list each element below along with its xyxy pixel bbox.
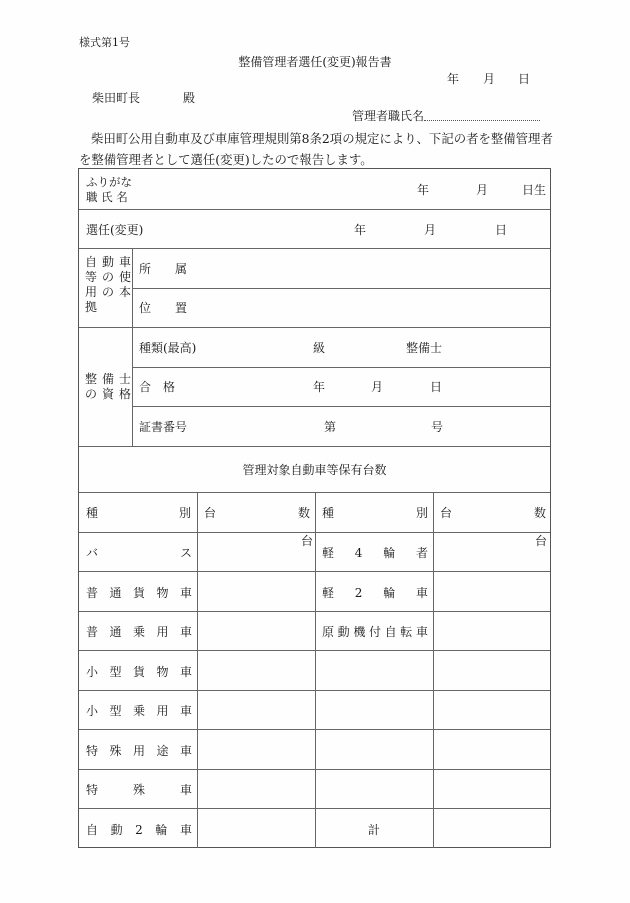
- vehicle-type-left: 小型貨物車: [86, 666, 192, 678]
- vehicle-count-right-input[interactable]: [435, 732, 547, 767]
- addressee: 柴田町長: [92, 92, 140, 104]
- vehicle-count-right-input[interactable]: [435, 613, 547, 648]
- document-title: 整備管理者選任(変更)報告書: [0, 56, 630, 68]
- name-label: 職 氏 名: [86, 192, 128, 204]
- vehicle-base-label: 自動車 等の使 用の本 拠: [85, 255, 136, 315]
- name-input[interactable]: [149, 171, 399, 207]
- location-input[interactable]: [209, 291, 544, 325]
- date-month-label: 月: [483, 73, 495, 85]
- vehicle-count-left-input[interactable]: [199, 771, 313, 806]
- vehicle-count-left-input[interactable]: [199, 692, 313, 727]
- vehicle-count-right-input[interactable]: [435, 692, 547, 727]
- vehicle-type-left: バス: [86, 547, 192, 559]
- total-count-input[interactable]: [435, 811, 547, 845]
- unit-label: 台: [301, 535, 313, 547]
- vehicle-type-right: 軽2輪車: [322, 587, 428, 599]
- appointment-label: 選任(変更): [86, 224, 143, 236]
- vehicle-count-right-input[interactable]: [435, 574, 547, 609]
- passed-year-label: 年: [313, 381, 325, 393]
- header-count-right: 台数: [440, 507, 546, 519]
- vehicle-type-right: 軽4輪者: [322, 547, 428, 559]
- furigana-label: ふりがな: [86, 177, 132, 189]
- mechanic-label: 整備士: [406, 342, 442, 354]
- certificate-prefix-label: 第: [324, 421, 336, 433]
- birth-day-label: 日生: [522, 184, 546, 196]
- total-label: 計: [315, 824, 433, 836]
- birth-year-label: 年: [417, 184, 429, 196]
- header-count-left: 台数: [204, 507, 310, 519]
- vehicle-type-left: 自動2輪車: [86, 824, 192, 836]
- affiliation-input[interactable]: [209, 251, 544, 285]
- vehicle-count-left-input[interactable]: [199, 653, 313, 688]
- vehicle-count-left-input[interactable]: [199, 732, 313, 767]
- passed-month-label: 月: [371, 381, 383, 393]
- location-label: 位 置: [139, 302, 187, 314]
- appointment-day-label: 日: [495, 224, 507, 236]
- signer-label: 管理者職氏名: [352, 110, 424, 122]
- vehicle-count-left-input[interactable]: [199, 613, 313, 648]
- appointment-year-label: 年: [354, 224, 366, 236]
- signer-name-field[interactable]: [424, 120, 540, 121]
- grade-label: 級: [313, 342, 325, 354]
- qualification-type-label: 種類(最高): [139, 342, 196, 354]
- certificate-number-label: 証書番号: [139, 421, 187, 433]
- form-number: 様式第1号: [79, 37, 130, 48]
- vehicle-type-right: 原動機付自転車: [322, 626, 428, 638]
- header-type-left: 種別: [86, 507, 191, 519]
- passed-label: 合 格: [139, 381, 175, 393]
- date-day-label: 日: [518, 73, 530, 85]
- vehicle-type-left: 普通貨物車: [86, 587, 192, 599]
- honorific: 殿: [183, 92, 195, 104]
- date-year-label: 年: [447, 73, 459, 85]
- unit-label: 台: [535, 535, 547, 547]
- appointment-month-label: 月: [424, 224, 436, 236]
- vehicle-type-left: 特殊用途車: [86, 745, 192, 757]
- vehicle-type-left: 普通乗用車: [86, 626, 192, 638]
- report-form-table: ふりがな 職 氏 名 年 月 日生 選任(変更) 年 月 日 自動車 等の使 用…: [78, 168, 551, 848]
- vehicle-type-left: 特殊車: [86, 784, 192, 796]
- vehicle-type-left: 小型乗用車: [86, 705, 192, 717]
- vehicle-count-left-input[interactable]: [199, 534, 313, 569]
- body-text: 柴田町公用自動車及び車庫管理規則第8条2項の規定により、下記の者を整備管理者を整…: [79, 128, 554, 170]
- vehicle-count-title: 管理対象自動車等保有台数: [79, 464, 550, 476]
- vehicle-count-right-input[interactable]: [435, 534, 547, 569]
- vehicle-count-left-input[interactable]: [199, 574, 313, 609]
- vehicle-count-right-input[interactable]: [435, 771, 547, 806]
- passed-day-label: 日: [430, 381, 442, 393]
- header-type-right: 種別: [322, 507, 428, 519]
- qualification-label: 整備士 の資格: [85, 372, 136, 402]
- affiliation-label: 所 属: [139, 263, 187, 275]
- vehicle-count-left-input[interactable]: [199, 811, 313, 846]
- vehicle-count-right-input[interactable]: [435, 653, 547, 688]
- certificate-suffix-label: 号: [431, 421, 443, 433]
- birth-month-label: 月: [476, 184, 488, 196]
